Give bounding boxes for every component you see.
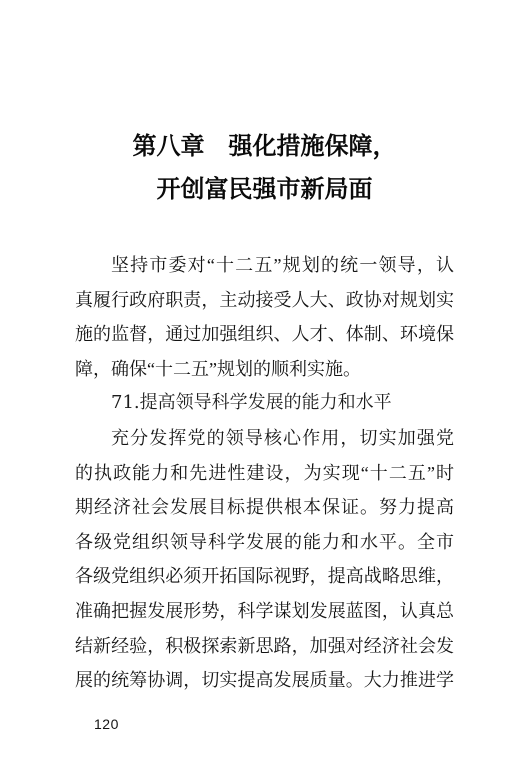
section-heading: 71.提高领导科学发展的能力和水平	[75, 386, 454, 421]
paragraph-2-line: 的执政能力和先进性建设，为实现“十二五”时	[75, 456, 454, 491]
paragraph-1-line: 障，确保“十二五”规划的顺利实施。	[75, 352, 454, 387]
page-number: 120	[94, 714, 119, 734]
paragraph-2-line: 各级党组织领导科学发展的能力和水平。全市	[75, 525, 454, 560]
paragraph-1-line: 真履行政府职责，主动接受人大、政协对规划实	[75, 283, 454, 318]
chapter-title-line-1: 第八章 强化措施保障，	[75, 126, 454, 169]
body-text: 坚持市委对“十二五”规划的统一领导，认 真履行政府职责，主动接受人大、政协对规划…	[75, 248, 454, 698]
paragraph-2-line: 结新经验，积极探索新思路，加强对经济社会发	[75, 629, 454, 664]
paragraph-1-line: 施的监督，通过加强组织、人才、体制、环境保	[75, 317, 454, 352]
book-page: 第八章 强化措施保障， 开创富民强市新局面 坚持市委对“十二五”规划的统一领导，…	[0, 0, 529, 774]
chapter-title-line-2: 开创富民强市新局面	[75, 169, 454, 212]
paragraph-1-line: 坚持市委对“十二五”规划的统一领导，认	[75, 248, 454, 283]
chapter-title: 第八章 强化措施保障， 开创富民强市新局面	[75, 126, 454, 211]
paragraph-2-line: 准确把握发展形势，科学谋划发展蓝图，认真总	[75, 594, 454, 629]
paragraph-2-line: 期经济社会发展目标提供根本保证。努力提高	[75, 490, 454, 525]
paragraph-2-line: 各级党组织必须开拓国际视野，提高战略思维，	[75, 559, 454, 594]
paragraph-2-line: 展的统筹协调，切实提高发展质量。大力推进学	[75, 663, 454, 698]
paragraph-2-line: 充分发挥党的领导核心作用，切实加强党	[75, 421, 454, 456]
